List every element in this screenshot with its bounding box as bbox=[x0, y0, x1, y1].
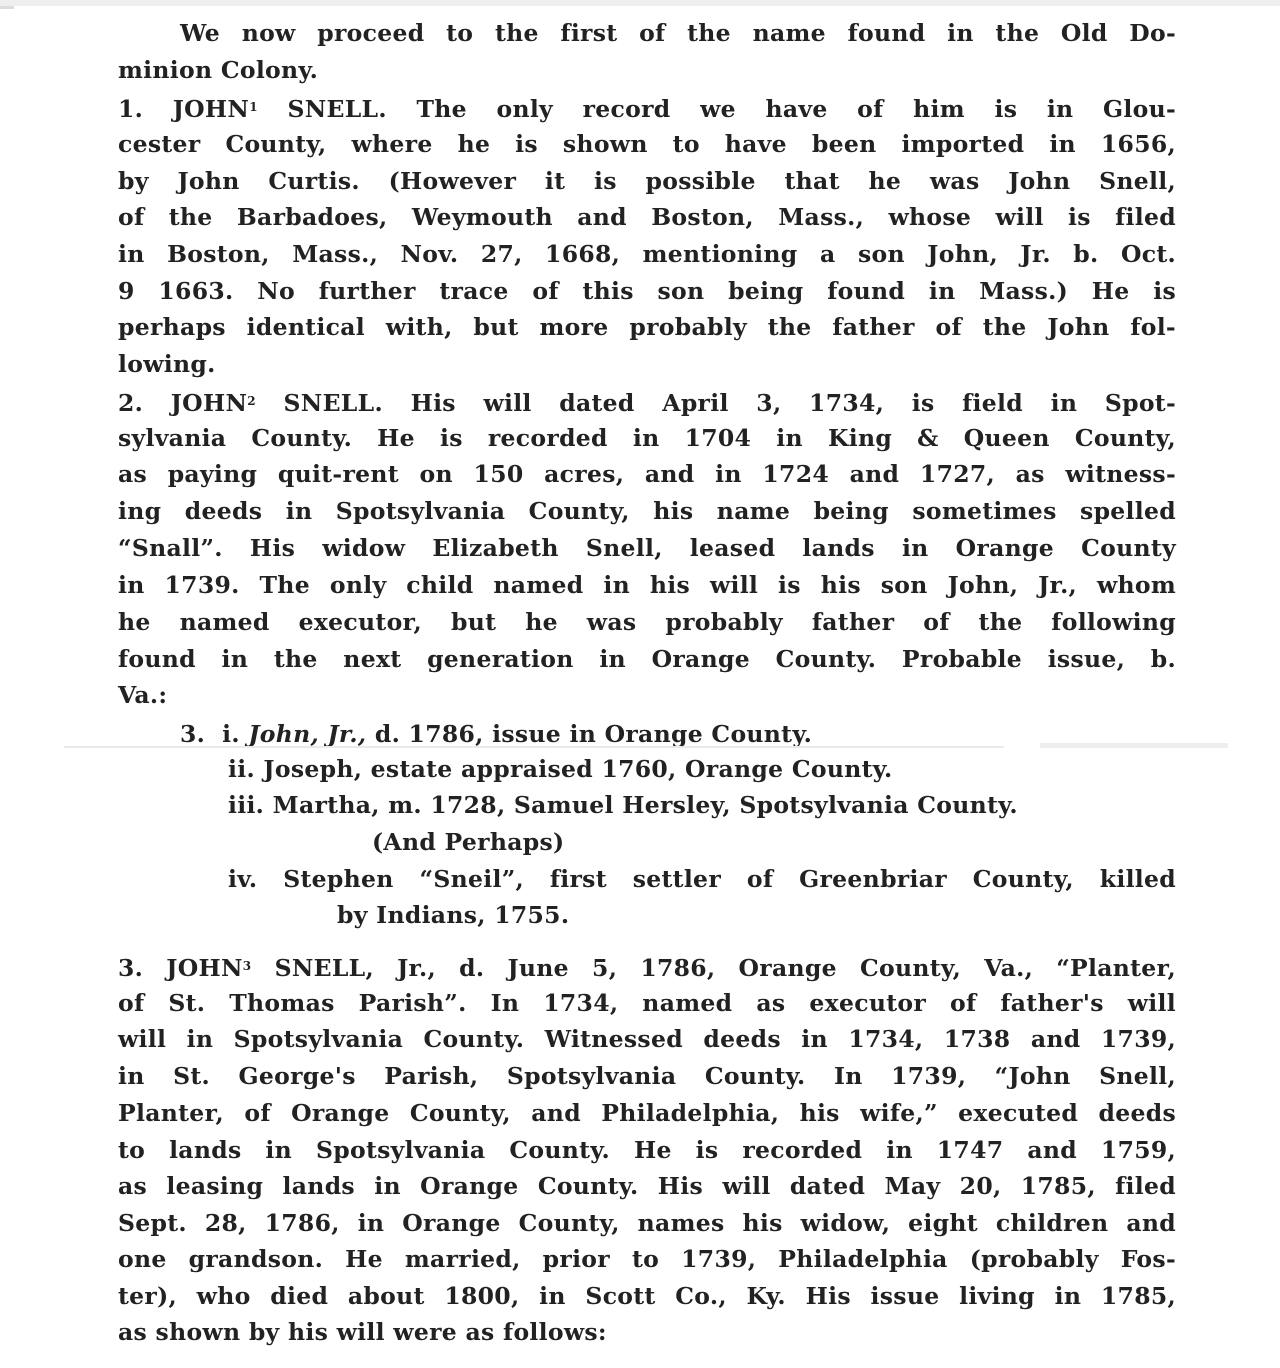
issue-numeral: ii. bbox=[228, 755, 255, 783]
scan-seam-divider bbox=[64, 746, 1004, 748]
issue-text: Martha, m. 1728, Samuel Hersley, Spotsyl… bbox=[273, 791, 1018, 819]
entry2-text-0: His will dated April 3, 1734, is field i… bbox=[411, 389, 1176, 417]
entry2-name: JOHN bbox=[171, 389, 247, 417]
issue-numeral: i. bbox=[222, 720, 240, 748]
entry3-heading-line: 3. JOHN3 SNELL, Jr., d. June 5, 1786, Or… bbox=[118, 948, 1176, 985]
entry2-number: 2. bbox=[118, 389, 143, 417]
entry3-line: to lands in Spotsylvania County. He is r… bbox=[118, 1132, 1176, 1169]
entry1-surname: SNELL. bbox=[287, 95, 386, 123]
entry1-line: perhaps identical with, but more probabl… bbox=[118, 309, 1176, 346]
entry1-line: lowing. bbox=[118, 346, 1176, 383]
entry3-name: JOHN bbox=[166, 954, 242, 982]
entry3-line: Sept. 28, 1786, in Orange County, names … bbox=[118, 1205, 1176, 1242]
entry1-line: of the Barbadoes, Weymouth and Boston, M… bbox=[118, 199, 1176, 236]
issue-name: John, Jr., bbox=[248, 720, 366, 748]
entry1-name: JOHN bbox=[173, 95, 249, 123]
entry3-line: as shown by his will were as follows: bbox=[118, 1314, 1176, 1351]
issue-item-3: iii. Martha, m. 1728, Samuel Hersley, Sp… bbox=[228, 787, 1018, 823]
entry1-line: by John Curtis. (However it is possible … bbox=[118, 163, 1176, 200]
issue-text: d. 1786, issue in Orange County. bbox=[375, 720, 812, 748]
issue-item-4: iv. Stephen “Sneil”, first settler of Gr… bbox=[228, 861, 1176, 897]
corner-marker bbox=[0, 6, 14, 9]
intro-line-1: We now proceed to the first of the name … bbox=[180, 15, 1176, 52]
entry2-line: “Snall”. His widow Elizabeth Snell, leas… bbox=[118, 530, 1176, 567]
issue-text: Joseph, estate appraised 1760, Orange Co… bbox=[263, 755, 892, 783]
issue-note: (And Perhaps) bbox=[372, 824, 564, 860]
entry3-text-0: Jr., d. June 5, 1786, Orange County, Va.… bbox=[397, 954, 1176, 982]
entry1-line: cester County, where he is shown to have… bbox=[118, 126, 1176, 163]
entry1-generation: 1 bbox=[249, 100, 258, 114]
entry2-surname: SNELL. bbox=[284, 389, 383, 417]
entry1-heading-line: 1. JOHN1 SNELL. The only record we have … bbox=[118, 89, 1176, 126]
scan-seam-divider-right bbox=[1040, 743, 1228, 748]
issue-text: Stephen “Sneil”, first settler of Greenb… bbox=[283, 865, 1176, 893]
entry3-generation: 3 bbox=[243, 959, 252, 973]
entry2-heading-line: 2. JOHN2 SNELL. His will dated April 3, … bbox=[118, 383, 1176, 420]
entry3-surname: SNELL, bbox=[275, 954, 374, 982]
entry2-line: sylvania County. He is recorded in 1704 … bbox=[118, 420, 1176, 457]
entry2-line: as paying quit-rent on 150 acres, and in… bbox=[118, 456, 1176, 493]
entry2-line: ing deeds in Spotsylvania County, his na… bbox=[118, 493, 1176, 530]
issue-numeral: iii. bbox=[228, 791, 264, 819]
entry1-line: 9 1663. No further trace of this son bei… bbox=[118, 273, 1176, 310]
entry2-generation: 2 bbox=[247, 394, 256, 408]
top-toolbar-strip bbox=[0, 0, 1280, 6]
entry3-line: will in Spotsylvania County. Witnessed d… bbox=[118, 1021, 1176, 1058]
entry1-number: 1. bbox=[118, 95, 143, 123]
entry2-line: he named executor, but he was probably f… bbox=[118, 604, 1176, 641]
issue-ref: 3. bbox=[180, 720, 205, 748]
entry2-line: found in the next generation in Orange C… bbox=[118, 641, 1176, 678]
entry1-text-0: The only record we have of him is in Glo… bbox=[416, 95, 1176, 123]
entry3-line: in St. George's Parish, Spotsylvania Cou… bbox=[118, 1058, 1176, 1095]
entry3-number: 3. bbox=[118, 954, 143, 982]
issue-item-2: ii. Joseph, estate appraised 1760, Orang… bbox=[228, 751, 893, 787]
entry1-line: in Boston, Mass., Nov. 27, 1668, mention… bbox=[118, 236, 1176, 273]
entry3-line: Planter, of Orange County, and Philadelp… bbox=[118, 1095, 1176, 1132]
entry3-line: as leasing lands in Orange County. His w… bbox=[118, 1168, 1176, 1205]
entry3-line: of St. Thomas Parish”. In 1734, named as… bbox=[118, 985, 1176, 1022]
entry2-line: in 1739. The only child named in his wil… bbox=[118, 567, 1176, 604]
entry2-line: Va.: bbox=[118, 677, 1176, 714]
issue-numeral: iv. bbox=[228, 865, 257, 893]
issue-item-4-cont: by Indians, 1755. bbox=[337, 897, 569, 933]
entry3-line: ter), who died about 1800, in Scott Co.,… bbox=[118, 1278, 1176, 1315]
intro-line-2: minion Colony. bbox=[118, 52, 1176, 89]
entry3-line: one grandson. He married, prior to 1739,… bbox=[118, 1241, 1176, 1278]
